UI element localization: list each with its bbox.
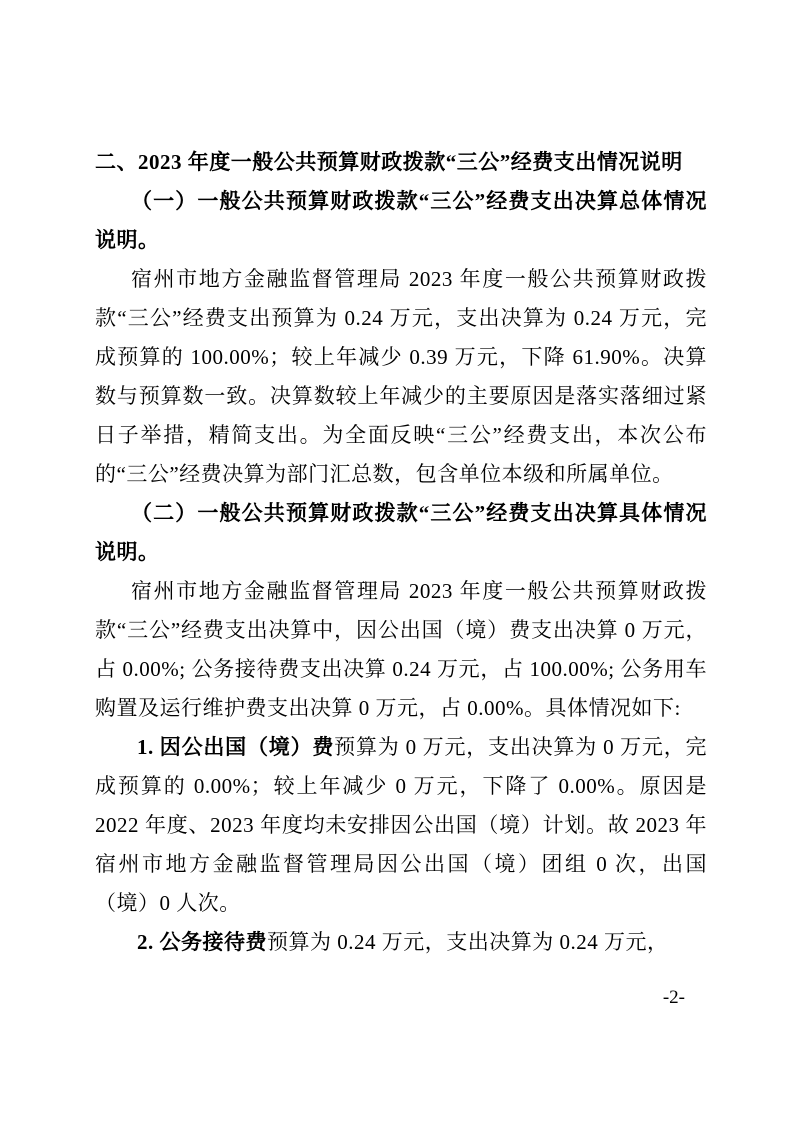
- document-page: 二、2023 年度一般公共预算财政拨款“三公”经费支出情况说明（一）一般公共预算…: [0, 0, 793, 1122]
- text-run: 预算为 0.24 万元，支出决算为 0.24 万元，: [267, 930, 669, 954]
- section-title: 二、2023 年度一般公共预算财政拨款“三公”经费支出情况说明: [95, 143, 707, 182]
- text-run: 二、2023 年度一般公共预算财政拨款“三公”经费支出情况说明: [95, 150, 683, 174]
- item-1-overseas-travel: 1. 因公出国（境）费预算为 0 万元，支出决算为 0 万元，完成预算的 0.0…: [95, 728, 707, 923]
- text-run: 预算为 0 万元，支出决算为 0 万元，完成预算的 0.00%；较上年减少 0 …: [95, 735, 707, 915]
- text-run: 2. 公务接待费: [137, 930, 267, 954]
- text-run: （一）一般公共预算财政拨款“三公”经费支出决算总体情况说明。: [95, 189, 707, 252]
- subsection-heading-1: （一）一般公共预算财政拨款“三公”经费支出决算总体情况说明。: [95, 182, 707, 260]
- text-run: 宿州市地方金融监督管理局 2023 年度一般公共预算财政拨款“三公”经费支出决算…: [95, 579, 707, 720]
- page-number: -2-: [663, 986, 685, 1010]
- subsection-heading-2: （二）一般公共预算财政拨款“三公”经费支出决算具体情况说明。: [95, 494, 707, 572]
- text-run: （二）一般公共预算财政拨款“三公”经费支出决算具体情况说明。: [95, 501, 707, 564]
- specific-explanation-paragraph: 宿州市地方金融监督管理局 2023 年度一般公共预算财政拨款“三公”经费支出决算…: [95, 572, 707, 728]
- document-body: 二、2023 年度一般公共预算财政拨款“三公”经费支出情况说明（一）一般公共预算…: [95, 143, 707, 962]
- item-2-official-reception: 2. 公务接待费预算为 0.24 万元，支出决算为 0.24 万元，: [95, 923, 707, 962]
- text-run: 1. 因公出国（境）费: [137, 735, 334, 759]
- text-run: 宿州市地方金融监督管理局 2023 年度一般公共预算财政拨款“三公”经费支出预算…: [95, 267, 707, 486]
- overall-explanation-paragraph: 宿州市地方金融监督管理局 2023 年度一般公共预算财政拨款“三公”经费支出预算…: [95, 260, 707, 494]
